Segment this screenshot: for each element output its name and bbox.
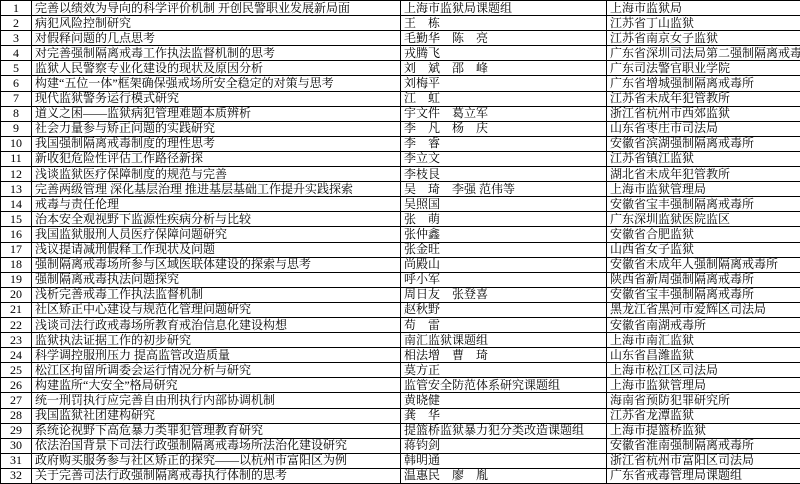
table-row: 19强制隔离戒毒执法问题探究呼小军陕西省新周强制隔离戒毒所 (1, 272, 800, 287)
paper-title: 浅谈监狱医疗保障制度的规范与完善 (32, 167, 401, 182)
table-row: 2病犯风险控制研究王 栋江苏省丁山监狱 (1, 16, 800, 31)
paper-org: 安徽省未成年人强制隔离戒毒所 (607, 257, 800, 272)
paper-authors: 监管安全防范体系研究课题组 (401, 378, 607, 393)
paper-org: 上海市提篮桥监狱 (607, 423, 800, 438)
table-row: 26构建监所“大安全”格局研究监管安全防范体系研究课题组上海市监狱管理局 (1, 378, 800, 393)
row-number: 19 (1, 272, 32, 287)
papers-table: 1完善以绩效为导向的科学评价机制 开创民警职业发展新局面上海市监狱局课题组上海市… (0, 0, 800, 484)
paper-title: 现代监狱警务运行模式研究 (32, 91, 401, 106)
paper-title: 系统论视野下高危暴力类罪犯管理教育研究 (32, 423, 401, 438)
paper-org: 广东深圳监狱医院监区 (607, 212, 800, 227)
paper-title: 治本安全观视野下监源性疾病分析与比较 (32, 212, 401, 227)
table-row: 22浅谈司法行政戒毒场所教育戒治信息化建设构想苟 雷安徽省南湖戒毒所 (1, 317, 800, 332)
paper-authors: 南汇监狱课题组 (401, 333, 607, 348)
paper-authors: 提篮桥监狱暴力犯分类改造课题组 (401, 423, 607, 438)
table-row: 5监狱人民警察专业化建设的现状及原因分析刘 斌 邵 峰广东司法警官职业学院 (1, 61, 800, 76)
row-number: 10 (1, 136, 32, 151)
paper-title: 强制隔离戒毒场所参与区域医联体建设的探索与思考 (32, 257, 401, 272)
paper-authors: 张 萌 (401, 212, 607, 227)
table-row: 23监狱执法证据工作的初步研究南汇监狱课题组上海市南汇监狱 (1, 333, 800, 348)
paper-title: 科学调控服刑压力 提高监管改造质量 (32, 348, 401, 363)
paper-authors: 李 睿 (401, 136, 607, 151)
row-number: 6 (1, 76, 32, 91)
paper-authors: 韩明通 (401, 453, 607, 468)
paper-title: 浅析完善戒毒工作执法监督机制 (32, 287, 401, 302)
row-number: 32 (1, 468, 32, 483)
paper-authors: 张仲鑫 (401, 227, 607, 242)
paper-org: 浙江省杭州市富阳区司法局 (607, 453, 800, 468)
table-row: 13完善两级管理 深化基层治理 推进基层基础工作提升实践探索吴 琦 李强 范伟等… (1, 182, 800, 197)
row-number: 8 (1, 106, 32, 121)
row-number: 18 (1, 257, 32, 272)
paper-title: 对完善强制隔离戒毒工作执法监督机制的思考 (32, 46, 401, 61)
paper-authors: 刘梅平 (401, 76, 607, 91)
paper-title: 依法治国背景下司法行政强制隔离戒毒场所法治化建设研究 (32, 438, 401, 453)
row-number: 27 (1, 393, 32, 408)
paper-title: 浅谈司法行政戒毒场所教育戒治信息化建设构想 (32, 317, 401, 332)
table-row: 29系统论视野下高危暴力类罪犯管理教育研究提篮桥监狱暴力犯分类改造课题组上海市提… (1, 423, 800, 438)
paper-title: 我国强制隔离戒毒制度的理性思考 (32, 136, 401, 151)
row-number: 13 (1, 182, 32, 197)
paper-title: 道义之困——监狱病犯管理难题本质辨析 (32, 106, 401, 121)
row-number: 23 (1, 333, 32, 348)
paper-title: 强制隔离戒毒执法问题探究 (32, 272, 401, 287)
table-row: 14戒毒与责任伦理吴照国安徽省宝丰强制隔离戒毒所 (1, 197, 800, 212)
paper-org: 广东省增城强制隔离戒毒所 (607, 76, 800, 91)
paper-org: 安徽省宝丰强制隔离戒毒所 (607, 197, 800, 212)
paper-org: 浙江省杭州市西郊监狱 (607, 106, 800, 121)
paper-authors: 周日友 张登喜 (401, 287, 607, 302)
paper-title: 社会力量参与矫正问题的实践研究 (32, 121, 401, 136)
paper-authors: 戎腾飞 (401, 46, 607, 61)
paper-title: 戒毒与责任伦理 (32, 197, 401, 212)
paper-authors: 宇文件 葛立军 (401, 106, 607, 121)
paper-authors: 李立文 (401, 151, 607, 166)
paper-title: 新收犯危险性评估工作路径新探 (32, 151, 401, 166)
paper-title: 松江区拘留所调委会运行情况分析与研究 (32, 363, 401, 378)
row-number: 1 (1, 1, 32, 16)
table-row: 16我国监狱服刑人员医疗保障问题研究张仲鑫安徽省合肥监狱 (1, 227, 800, 242)
paper-authors: 毛勤华 陈 亮 (401, 31, 607, 46)
paper-org: 上海市监狱管理局 (607, 378, 800, 393)
table-row: 30依法治国背景下司法行政强制隔离戒毒场所法治化建设研究蒋钧剑安徽省淮南强制隔离… (1, 438, 800, 453)
paper-title: 完善以绩效为导向的科学评价机制 开创民警职业发展新局面 (32, 1, 401, 16)
table-row: 32关于完善司法行政强制隔离戒毒执行体制的思考温惠民 廖 胤广东省戒毒管理局课题… (1, 468, 800, 483)
paper-org: 山西省女子监狱 (607, 242, 800, 257)
paper-org: 广东司法警官职业学院 (607, 61, 800, 76)
paper-title: 社区矫正中心建设与规范化管理问题研究 (32, 302, 401, 317)
paper-org: 湖北省未成年犯管教所 (607, 167, 800, 182)
paper-title: 对假释问题的几点思考 (32, 31, 401, 46)
table-row: 21社区矫正中心建设与规范化管理问题研究赵秋野黑龙江省黑河市爱辉区司法局 (1, 302, 800, 317)
paper-org: 江苏省镇江监狱 (607, 151, 800, 166)
table-row: 15治本安全观视野下监源性疾病分析与比较张 萌广东深圳监狱医院监区 (1, 212, 800, 227)
paper-org: 江苏省龙潭监狱 (607, 408, 800, 423)
row-number: 21 (1, 302, 32, 317)
table-row: 6构建“五位一体”框架确保强戒场所安全稳定的对策与思考刘梅平广东省增城强制隔离戒… (1, 76, 800, 91)
paper-authors: 赵秋野 (401, 302, 607, 317)
paper-org: 陕西省新周强制隔离戒毒所 (607, 272, 800, 287)
paper-authors: 江 虹 (401, 91, 607, 106)
paper-authors: 莫方正 (401, 363, 607, 378)
paper-org: 上海市南汇监狱 (607, 333, 800, 348)
table-row: 31政府购买服务参与社区矫正的探究——以杭州市富阳区为例韩明通浙江省杭州市富阳区… (1, 453, 800, 468)
paper-title: 完善两级管理 深化基层治理 推进基层基础工作提升实践探索 (32, 182, 401, 197)
table-row: 24科学调控服刑压力 提高监管改造质量相法增 曹 琦山东省昌潍监狱 (1, 348, 800, 363)
papers-table-body: 1完善以绩效为导向的科学评价机制 开创民警职业发展新局面上海市监狱局课题组上海市… (1, 1, 800, 484)
paper-authors: 黄晓健 (401, 393, 607, 408)
paper-org: 安徽省合肥监狱 (607, 227, 800, 242)
paper-title: 统一刑罚执行应完善自由刑执行内部协调机制 (32, 393, 401, 408)
paper-title: 政府购买服务参与社区矫正的探究——以杭州市富阳区为例 (32, 453, 401, 468)
paper-title: 关于完善司法行政强制隔离戒毒执行体制的思考 (32, 468, 401, 483)
row-number: 17 (1, 242, 32, 257)
paper-authors: 蒋钧剑 (401, 438, 607, 453)
paper-authors: 王 栋 (401, 16, 607, 31)
paper-org: 黑龙江省黑河市爱辉区司法局 (607, 302, 800, 317)
paper-title: 我国监狱服刑人员医疗保障问题研究 (32, 227, 401, 242)
table-row: 27统一刑罚执行应完善自由刑执行内部协调机制黄晓健海南省预防犯罪研究所 (1, 393, 800, 408)
paper-org: 江苏省未成年犯管教所 (607, 91, 800, 106)
paper-org: 安徽省宝丰强制隔离戒毒所 (607, 287, 800, 302)
table-row: 11新收犯危险性评估工作路径新探李立文江苏省镇江监狱 (1, 151, 800, 166)
row-number: 28 (1, 408, 32, 423)
table-row: 17浅议提请减刑假释工作现状及问题张金旺山西省女子监狱 (1, 242, 800, 257)
table-row: 25松江区拘留所调委会运行情况分析与研究莫方正上海市松江区司法局 (1, 363, 800, 378)
row-number: 14 (1, 197, 32, 212)
paper-authors: 苟 雷 (401, 317, 607, 332)
paper-authors: 吴 琦 李强 范伟等 (401, 182, 607, 197)
table-row: 12浅谈监狱医疗保障制度的规范与完善李枝艮湖北省未成年犯管教所 (1, 167, 800, 182)
row-number: 31 (1, 453, 32, 468)
paper-title: 构建“五位一体”框架确保强戒场所安全稳定的对策与思考 (32, 76, 401, 91)
row-number: 11 (1, 151, 32, 166)
paper-authors: 相法增 曹 琦 (401, 348, 607, 363)
paper-authors: 呼小军 (401, 272, 607, 287)
table-row: 28我国监狱社团建构研究龚 华江苏省龙潭监狱 (1, 408, 800, 423)
paper-org: 山东省昌潍监狱 (607, 348, 800, 363)
paper-authors: 尚殿山 (401, 257, 607, 272)
paper-authors: 刘 斌 邵 峰 (401, 61, 607, 76)
paper-authors: 李 凡 杨 庆 (401, 121, 607, 136)
row-number: 16 (1, 227, 32, 242)
paper-title: 浅议提请减刑假释工作现状及问题 (32, 242, 401, 257)
row-number: 26 (1, 378, 32, 393)
paper-org: 上海市松江区司法局 (607, 363, 800, 378)
paper-authors: 龚 华 (401, 408, 607, 423)
paper-authors: 李枝艮 (401, 167, 607, 182)
table-row: 7现代监狱警务运行模式研究江 虹江苏省未成年犯管教所 (1, 91, 800, 106)
row-number: 20 (1, 287, 32, 302)
paper-title: 构建监所“大安全”格局研究 (32, 378, 401, 393)
paper-org: 上海市监狱管理局 (607, 182, 800, 197)
table-row: 20浅析完善戒毒工作执法监督机制周日友 张登喜安徽省宝丰强制隔离戒毒所 (1, 287, 800, 302)
table-row: 8道义之困——监狱病犯管理难题本质辨析宇文件 葛立军浙江省杭州市西郊监狱 (1, 106, 800, 121)
paper-title: 监狱人民警察专业化建设的现状及原因分析 (32, 61, 401, 76)
paper-org: 江苏省南京女子监狱 (607, 31, 800, 46)
row-number: 24 (1, 348, 32, 363)
paper-org: 海南省预防犯罪研究所 (607, 393, 800, 408)
row-number: 30 (1, 438, 32, 453)
paper-authors: 吴照国 (401, 197, 607, 212)
paper-title: 我国监狱社团建构研究 (32, 408, 401, 423)
paper-org: 广东省戒毒管理局课题组 (607, 468, 800, 483)
row-number: 3 (1, 31, 32, 46)
row-number: 7 (1, 91, 32, 106)
row-number: 22 (1, 317, 32, 332)
row-number: 9 (1, 121, 32, 136)
table-row: 18强制隔离戒毒场所参与区域医联体建设的探索与思考尚殿山安徽省未成年人强制隔离戒… (1, 257, 800, 272)
row-number: 5 (1, 61, 32, 76)
paper-authors: 温惠民 廖 胤 (401, 468, 607, 483)
paper-org: 江苏省丁山监狱 (607, 16, 800, 31)
row-number: 15 (1, 212, 32, 227)
paper-org: 安徽省滨湖强制隔离戒毒所 (607, 136, 800, 151)
paper-authors: 张金旺 (401, 242, 607, 257)
table-row: 9社会力量参与矫正问题的实践研究李 凡 杨 庆山东省枣庄市司法局 (1, 121, 800, 136)
paper-org: 安徽省淮南强制隔离戒毒所 (607, 438, 800, 453)
paper-org: 山东省枣庄市司法局 (607, 121, 800, 136)
row-number: 25 (1, 363, 32, 378)
table-row: 10我国强制隔离戒毒制度的理性思考李 睿安徽省滨湖强制隔离戒毒所 (1, 136, 800, 151)
paper-org: 安徽省南湖戒毒所 (607, 317, 800, 332)
paper-authors: 上海市监狱局课题组 (401, 1, 607, 16)
paper-title: 监狱执法证据工作的初步研究 (32, 333, 401, 348)
table-row: 4对完善强制隔离戒毒工作执法监督机制的思考戎腾飞广东省深圳司法局第二强制隔离戒毒… (1, 46, 800, 61)
paper-org: 上海市监狱局 (607, 1, 800, 16)
row-number: 2 (1, 16, 32, 31)
row-number: 12 (1, 167, 32, 182)
row-number: 4 (1, 46, 32, 61)
paper-org: 广东省深圳司法局第二强制隔离戒毒所 (607, 46, 800, 61)
table-row: 1完善以绩效为导向的科学评价机制 开创民警职业发展新局面上海市监狱局课题组上海市… (1, 1, 800, 16)
paper-title: 病犯风险控制研究 (32, 16, 401, 31)
table-row: 3对假释问题的几点思考毛勤华 陈 亮江苏省南京女子监狱 (1, 31, 800, 46)
row-number: 29 (1, 423, 32, 438)
